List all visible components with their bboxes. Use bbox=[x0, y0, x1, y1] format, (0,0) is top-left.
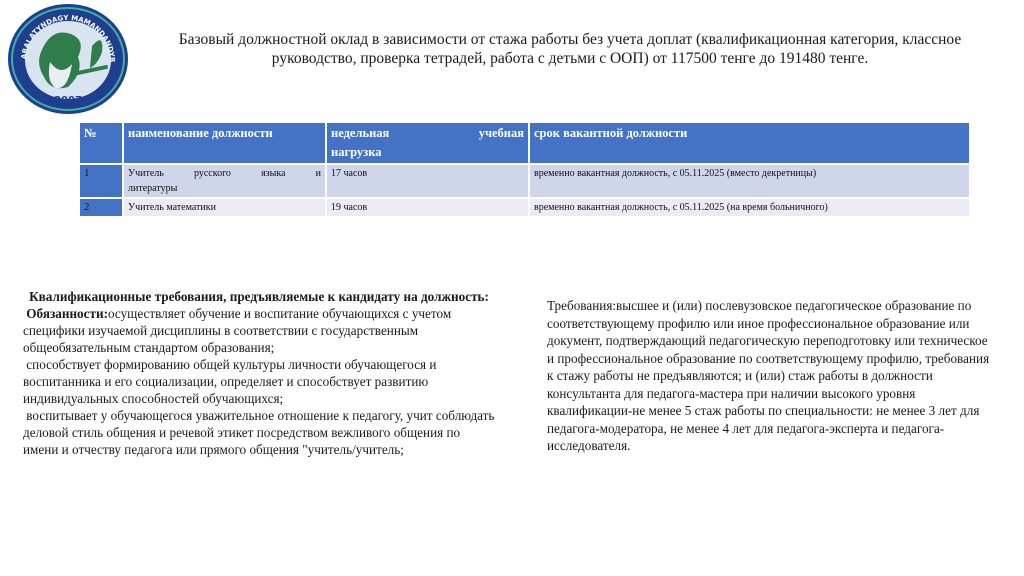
duties-paragraph-3: воспитывает у обучающегося уважительное … bbox=[23, 407, 495, 458]
row-number: 2 bbox=[79, 198, 123, 217]
table-row: 2 Учитель математики 19 часов временно в… bbox=[79, 198, 970, 217]
row-position: Учитель русского языка и литературы bbox=[123, 164, 326, 198]
school-emblem-icon: ABAI ATYNDAGY MAMANDANDYRYLGAN 2007 bbox=[6, 2, 130, 116]
row-load: 19 часов bbox=[326, 198, 529, 217]
vacancy-table: № наименование должности недельная учебн… bbox=[78, 121, 971, 218]
header-vacancy-term: срок вакантной должности bbox=[529, 122, 970, 164]
table-header-row: № наименование должности недельная учебн… bbox=[79, 122, 970, 164]
qualifications-title: Квалификационные требования, предъявляем… bbox=[23, 289, 495, 305]
row-term: временно вакантная должность, с 05.11.20… bbox=[529, 164, 970, 198]
salary-headline: Базовый должностной оклад в зависимости … bbox=[165, 30, 975, 68]
header-weekly-load: недельная учебная нагрузка bbox=[326, 122, 529, 164]
svg-text:2007: 2007 bbox=[54, 95, 82, 106]
duties-label: Обязанности: bbox=[26, 306, 108, 321]
row-position: Учитель математики bbox=[123, 198, 326, 217]
duties-paragraph-2: способствует формированию общей культуры… bbox=[23, 356, 495, 407]
requirements-block: Требования:высшее и (или) послевузовское… bbox=[547, 297, 997, 455]
header-number: № bbox=[79, 122, 123, 164]
table-row: 1 Учитель русского языка и литературы 17… bbox=[79, 164, 970, 198]
row-number: 1 bbox=[79, 164, 123, 198]
qualifications-block: Квалификационные требования, предъявляем… bbox=[23, 289, 495, 458]
row-term: временно вакантная должность, с 05.11.20… bbox=[529, 198, 970, 217]
header-position: наименование должности bbox=[123, 122, 326, 164]
row-load: 17 часов bbox=[326, 164, 529, 198]
duties-paragraph: Обязанности:осуществляет обучение и восп… bbox=[23, 305, 495, 356]
